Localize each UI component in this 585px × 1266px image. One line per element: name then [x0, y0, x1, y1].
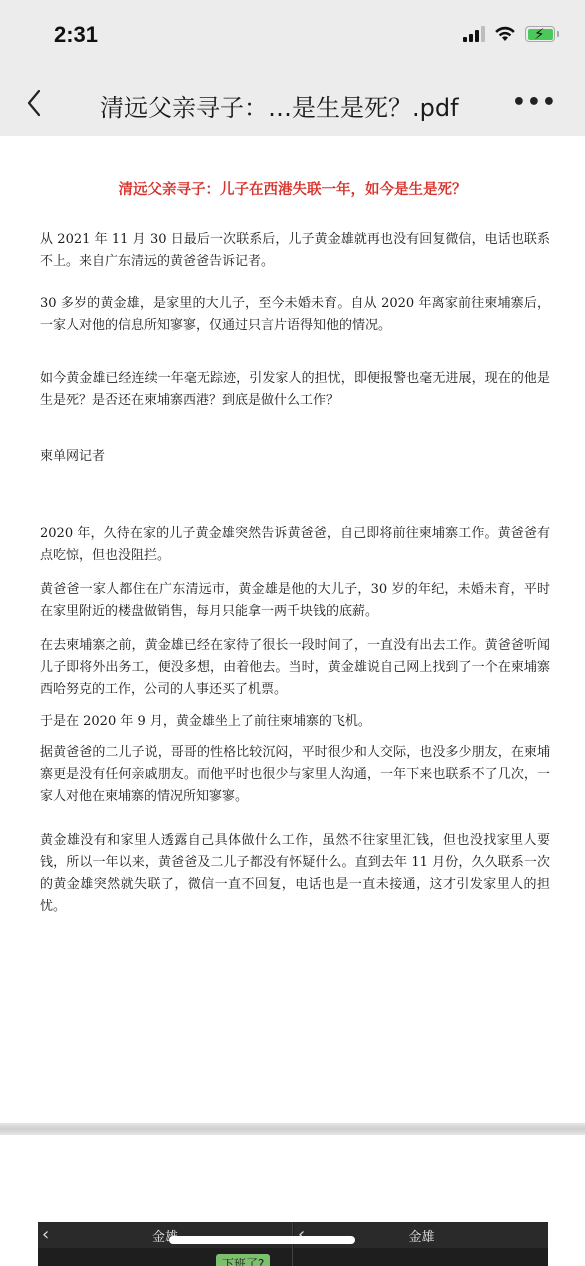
more-options-button[interactable]: ••• — [512, 90, 557, 115]
chat-header: ‹ 金雄 — [38, 1222, 292, 1248]
signal-icon — [463, 26, 485, 42]
battery-charging-icon: ⚡ — [525, 26, 555, 42]
paragraph: 于是在 2020 年 9 月，黄金雄坐上了前往柬埔寨的飞机。 — [40, 711, 550, 733]
article-headline: 清远父亲寻子：儿子在西港失联一年，如今是生是死？ — [0, 178, 585, 199]
chat-bubble: 下班了? — [216, 1254, 270, 1266]
wifi-icon — [494, 26, 516, 42]
paragraph: 从 2021 年 11 月 30 日最后一次联系后，儿子黄金雄就再也没有回复微信… — [40, 229, 550, 273]
paragraph: 黄爸爸一家人都住在广东清远市，黄金雄是他的大儿子，30 岁的年纪，未婚未育，平时… — [40, 579, 550, 623]
pdf-page: 清远父亲寻子：儿子在西港失联一年，如今是生是死？ 从 2021 年 11 月 3… — [0, 136, 585, 1121]
status-time: 2:31 — [54, 22, 98, 48]
chat-screenshot-left: ‹ 金雄 下班了? — [38, 1222, 293, 1266]
document-title: 清远父亲寻子：…是生是死？.pdf — [100, 88, 459, 123]
page-separator — [0, 1123, 585, 1135]
chat-screenshot-image: ‹ 金雄 下班了? ‹ 金雄 — [38, 1222, 548, 1266]
pdf-viewer-screen: 2:31 ⚡ 清远父亲寻子：…是生是死？.pdf ••• — [0, 0, 585, 1266]
status-icons: ⚡ — [463, 26, 555, 42]
home-indicator[interactable] — [169, 1236, 355, 1244]
back-button[interactable] — [20, 84, 48, 122]
paragraph: 黄金雄没有和家里人透露自己具体做什么工作，虽然不往家里汇钱，但也没找家里人要钱，… — [40, 830, 550, 918]
chevron-left-icon — [26, 89, 42, 117]
paragraph: 30 多岁的黄金雄，是家里的大儿子，至今未婚未育。自从 2020 年离家前往柬埔… — [40, 293, 550, 337]
paragraph: 在去柬埔寨之前，黄金雄已经在家待了很长一段时间了，一直没有出去工作。黄爸爸听闻儿… — [40, 635, 550, 701]
pdf-page-next: ‹ 金雄 下班了? ‹ 金雄 — [0, 1135, 585, 1266]
nav-bar: 清远父亲寻子：…是生是死？.pdf ••• — [0, 72, 585, 136]
chat-screenshot-right: ‹ 金雄 — [294, 1222, 548, 1266]
document-viewport[interactable]: 清远父亲寻子：儿子在西港失联一年，如今是生是死？ 从 2021 年 11 月 3… — [0, 136, 585, 1266]
paragraph: 据黄爸爸的二儿子说，哥哥的性格比较沉闷，平时很少和人交际，也没多少朋友，在柬埔寨… — [40, 742, 550, 808]
byline: 柬单网记者 — [40, 446, 550, 468]
chat-header: ‹ 金雄 — [294, 1222, 548, 1248]
status-bar: 2:31 ⚡ — [0, 0, 585, 72]
paragraph: 2020 年，久待在家的儿子黄金雄突然告诉黄爸爸，自己即将前往柬埔寨工作。黄爸爸… — [40, 523, 550, 567]
paragraph: 如今黄金雄已经连续一年毫无踪迹，引发家人的担忧，即便报警也毫无进展，现在的他是生… — [40, 368, 550, 412]
